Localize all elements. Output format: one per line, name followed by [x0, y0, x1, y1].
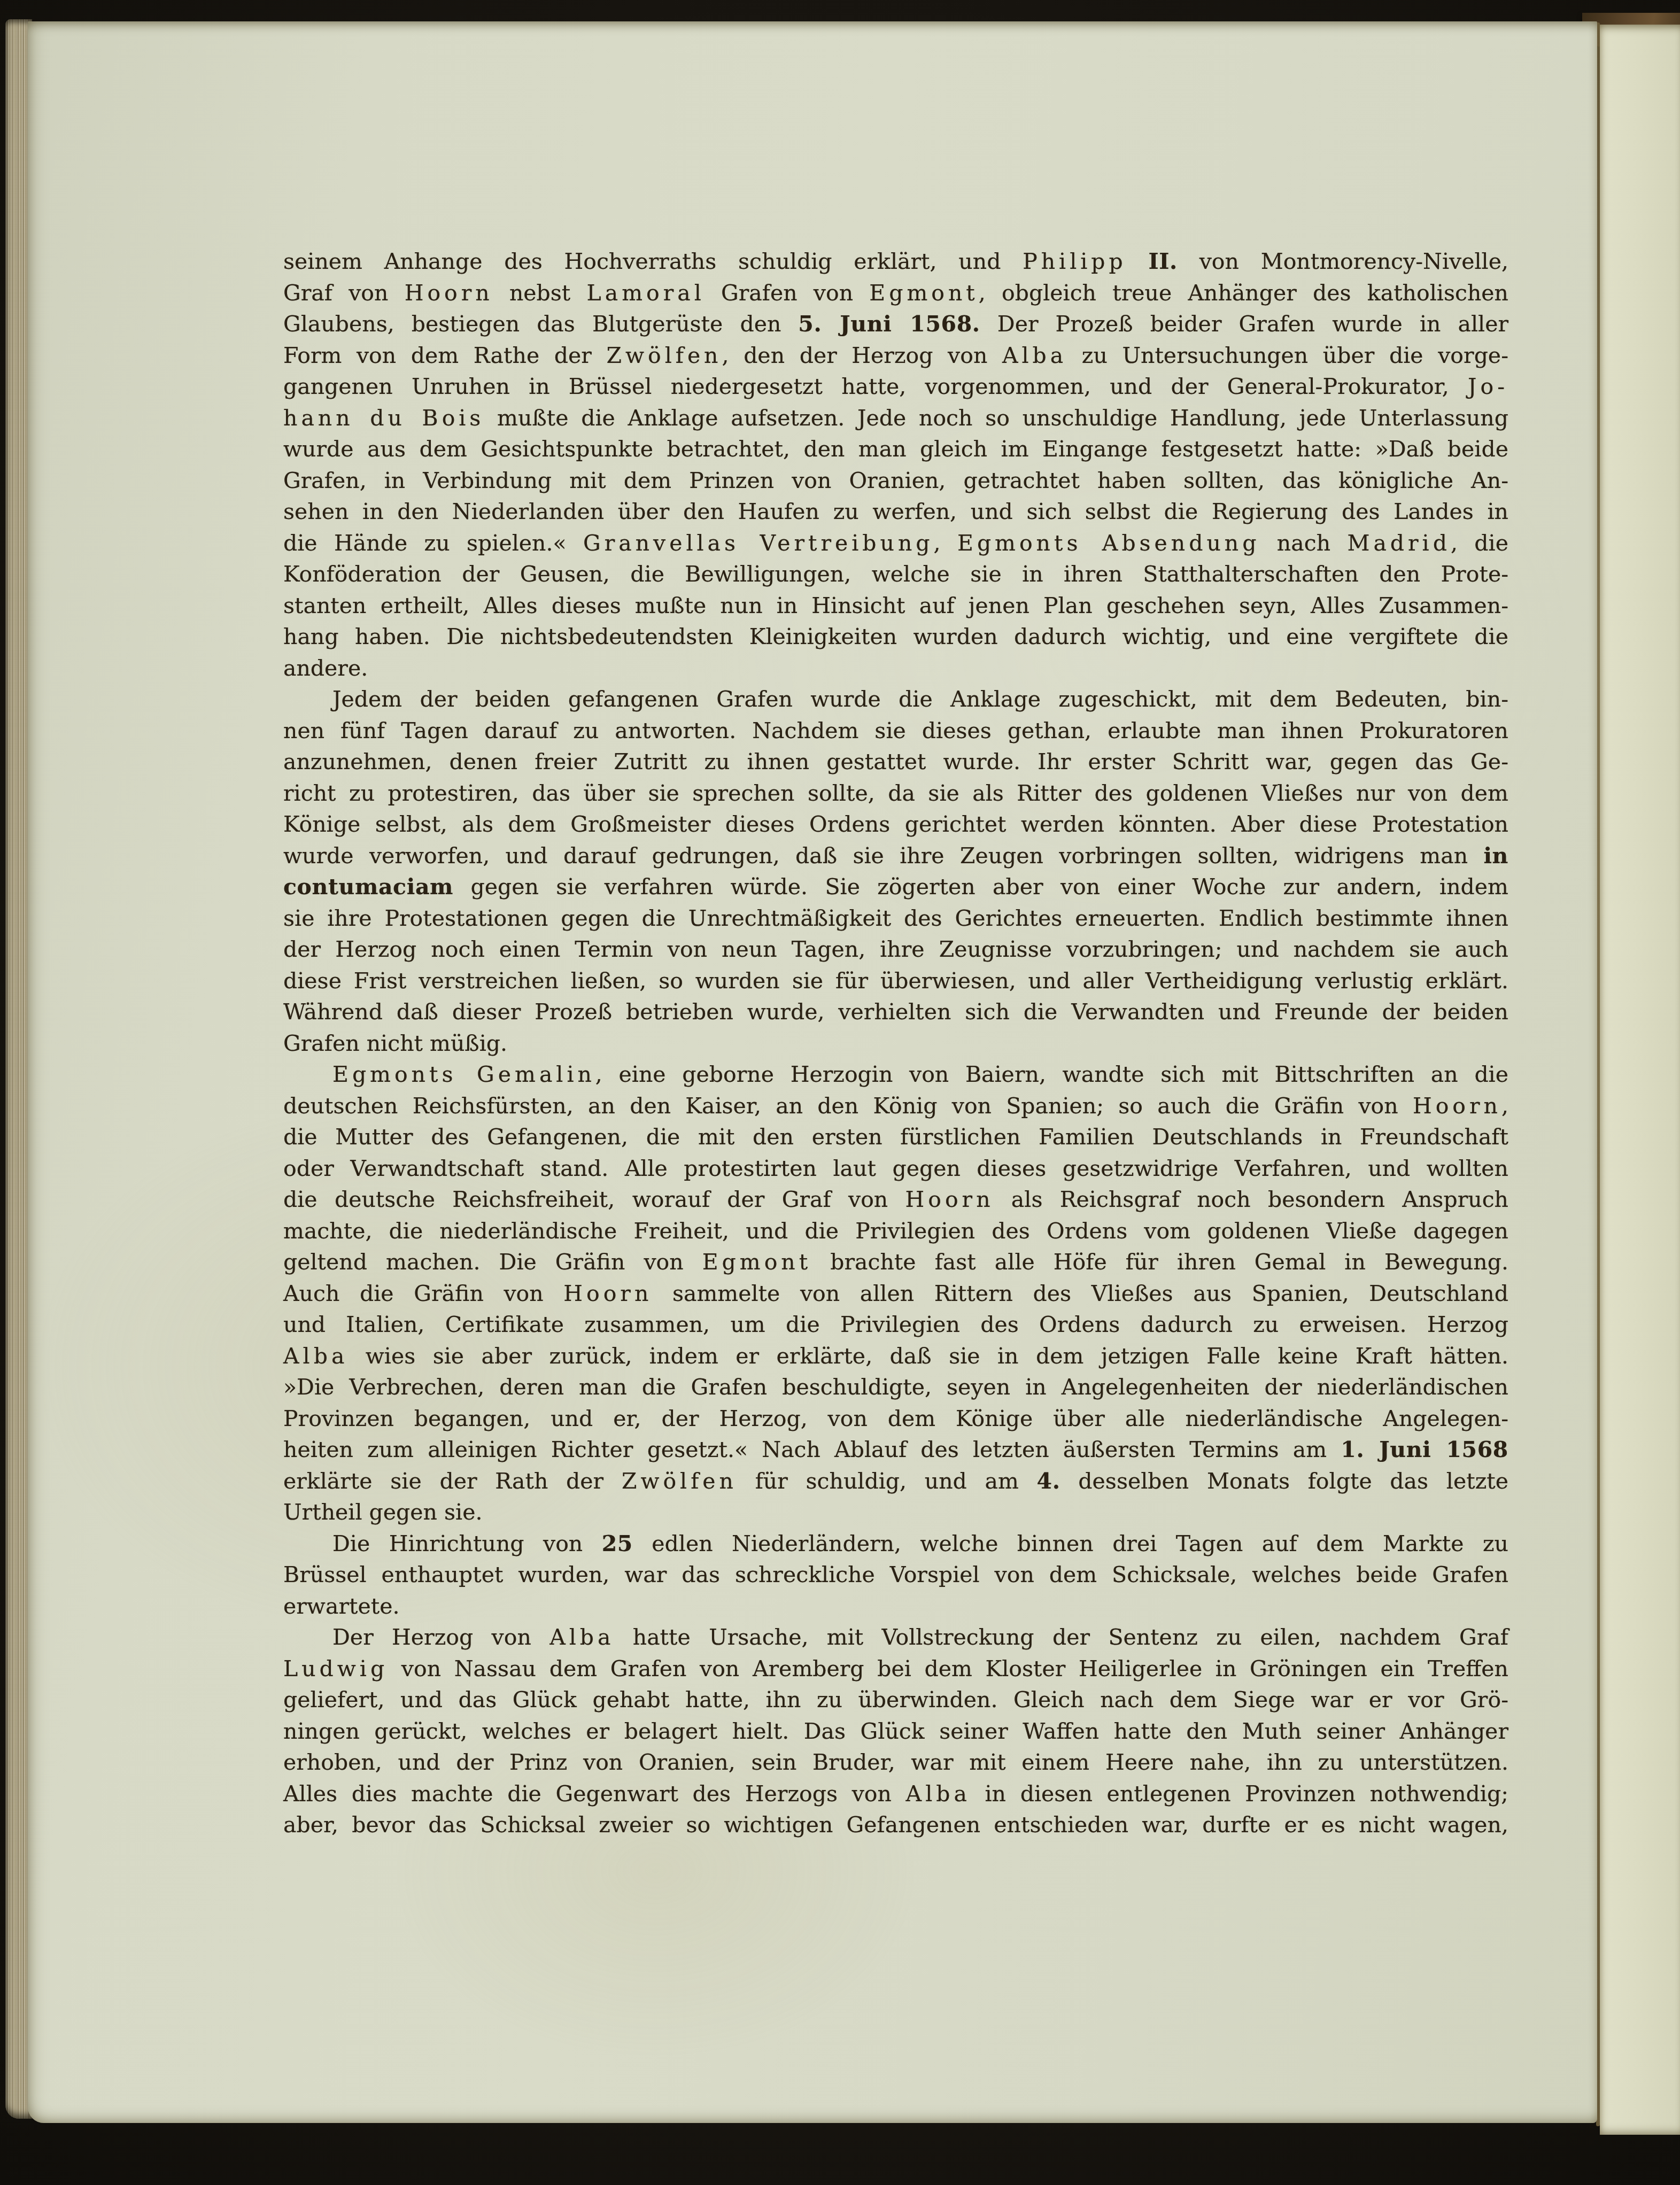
text-segment: richt zu protestiren, das über sie sprec…: [283, 780, 1508, 806]
text-line: seinem Anhange des Hochverraths schuldig…: [283, 246, 1508, 277]
text-line: contumaciam gegen sie verfahren würde. S…: [283, 871, 1508, 903]
text-segment: sie ihre Protestationen gegen die Unrech…: [283, 905, 1508, 931]
text-line: Glaubens, bestiegen das Blutgerüste den …: [283, 308, 1508, 340]
text-line: hang haben. Die nichtsbedeutendsten Klei…: [283, 621, 1508, 653]
text-segment: edlen Niederländern, welche binnen drei …: [633, 1531, 1508, 1556]
text-line: wurde aus dem Gesichtspunkte betrachtet,…: [283, 433, 1508, 465]
text-segment: sehen in den Niederlanden über den Haufe…: [283, 499, 1508, 524]
letterspaced-name-segment: Egmonts Absendung: [957, 530, 1260, 556]
text-segment: Grafen von: [705, 280, 870, 306]
text-line: Grafen nicht müßig.: [283, 1028, 1508, 1059]
text-line: Egmonts Gemalin, eine geborne Herzogin v…: [283, 1059, 1508, 1090]
text-line: Graf von Hoorn nebst Lamoral Grafen von …: [283, 277, 1508, 309]
letterspaced-name-segment: Zwölfen: [622, 1468, 737, 1494]
book-photo-background: seinem Anhange des Hochverraths schuldig…: [0, 0, 1680, 2185]
text-segment: Grafen nicht müßig.: [283, 1030, 507, 1056]
letterspaced-name-segment: Granvellas Vertreibung: [583, 530, 934, 556]
text-segment: mußte die Anklage aufsetzen. Jede noch s…: [484, 405, 1508, 431]
text-segment: Die Hinrichtung von: [332, 1531, 602, 1556]
text-line: Alba wies sie aber zurück, indem er erkl…: [283, 1341, 1508, 1372]
text-line: stanten ertheilt, Alles dieses mußte nun…: [283, 590, 1508, 622]
text-line: »Die Verbrechen, deren man die Grafen be…: [283, 1372, 1508, 1403]
text-segment: desselben Monats folgte das letzte: [1060, 1468, 1508, 1494]
text-line: andere.: [283, 653, 1508, 684]
text-segment: erklärte sie der Rath der: [283, 1468, 622, 1494]
letterspaced-name-segment: Hoorn: [405, 280, 493, 306]
text-line: Auch die Gräfin von Hoorn sammelte von a…: [283, 1278, 1508, 1310]
letterspaced-name-segment: Madrid: [1347, 530, 1450, 556]
text-line: anzunehmen, denen freier Zutritt zu ihne…: [283, 746, 1508, 778]
letterspaced-name-segment: Alba: [906, 1781, 971, 1807]
text-segment: nen fünf Tagen darauf zu antworten. Nach…: [283, 718, 1508, 743]
letterspaced-name-segment: Jo-: [1468, 374, 1508, 399]
text-segment: als Reichsgraf noch besondern Anspruch: [994, 1187, 1508, 1212]
letterspaced-name-segment: Hoorn: [905, 1187, 994, 1212]
letterspaced-name-segment: Ludwig: [283, 1656, 388, 1682]
adjacent-page-edge: [1600, 25, 1680, 2135]
text-line: erklärte sie der Rath der Zwölfen für sc…: [283, 1466, 1508, 1497]
text-segment: nebst: [493, 280, 587, 306]
text-line: gangenen Unruhen in Brüssel niedergesetz…: [283, 371, 1508, 402]
text-segment: Graf von: [283, 280, 405, 306]
text-line: wurde verworfen, und darauf gedrungen, d…: [283, 840, 1508, 872]
text-segment: die Hände zu spielen.«: [283, 530, 583, 556]
text-line: die Hände zu spielen.« Granvellas Vertre…: [283, 528, 1508, 559]
text-segment: stanten ertheilt, Alles dieses mußte nun…: [283, 593, 1508, 618]
text-line: richt zu protestiren, das über sie sprec…: [283, 778, 1508, 809]
text-line: sie ihre Protestationen gegen die Unrech…: [283, 903, 1508, 934]
text-segment: diese Frist verstreichen ließen, so wurd…: [283, 968, 1508, 994]
text-line: Form von dem Rathe der Zwölfen, den der …: [283, 340, 1508, 371]
text-segment: oder Verwandtschaft stand. Alle protesti…: [283, 1156, 1508, 1181]
text-line: Provinzen begangen, und er, der Herzog, …: [283, 1403, 1508, 1435]
text-block: seinem Anhange des Hochverraths schuldig…: [283, 246, 1508, 1841]
text-segment: erwartete.: [283, 1593, 400, 1619]
letterspaced-name-segment: Egmont: [702, 1249, 811, 1275]
text-line: deutschen Reichsfürsten, an den Kaiser, …: [283, 1090, 1508, 1122]
letterspaced-name-segment: Lamoral: [587, 280, 705, 306]
bold-antiqua-segment: 1. Juni 1568: [1341, 1437, 1508, 1462]
text-segment: für schuldig, und am: [737, 1468, 1037, 1494]
text-segment: Der Herzog von: [332, 1624, 549, 1650]
text-line: geltend machen. Die Gräfin von Egmont br…: [283, 1246, 1508, 1278]
text-segment: in diesen entlegenen Provinzen nothwendi…: [971, 1781, 1508, 1807]
text-segment: gegen sie verfahren würde. Sie zögerten …: [453, 874, 1508, 900]
text-segment: Während daß dieser Prozeß betrieben wurd…: [283, 999, 1508, 1025]
text-segment: Jedem der beiden gefangenen Grafen wurde…: [332, 686, 1508, 712]
text-segment: heiten zum alleinigen Richter gesetzt.« …: [283, 1437, 1341, 1462]
text-segment: hang haben. Die nichtsbedeutendsten Klei…: [283, 624, 1508, 649]
text-line: machte, die niederländische Freiheit, un…: [283, 1215, 1508, 1247]
text-segment: Grafen, in Verbindung mit dem Prinzen vo…: [283, 468, 1508, 493]
text-line: Der Herzog von Alba hatte Ursache, mit V…: [283, 1622, 1508, 1653]
bold-antiqua-segment: II.: [1149, 249, 1178, 274]
text-segment: , die: [1451, 530, 1508, 556]
book-page: seinem Anhange des Hochverraths schuldig…: [28, 21, 1597, 2123]
text-segment: machte, die niederländische Freiheit, un…: [283, 1218, 1508, 1244]
text-segment: wurde aus dem Gesichtspunkte betrachtet,…: [283, 436, 1508, 462]
text-segment: geliefert, und das Glück gehabt hatte, i…: [283, 1687, 1508, 1713]
letterspaced-name-segment: Alba: [1002, 343, 1067, 368]
text-line: Könige selbst, als dem Großmeister diese…: [283, 809, 1508, 840]
text-line: die deutsche Reichsfreiheit, worauf der …: [283, 1184, 1508, 1215]
text-segment: erhoben, und der Prinz von Oranien, sein…: [283, 1749, 1508, 1775]
text-segment: wurde verworfen, und darauf gedrungen, d…: [283, 843, 1483, 869]
text-segment: von Nassau dem Grafen von Aremberg bei d…: [388, 1656, 1508, 1682]
text-segment: Urtheil gegen sie.: [283, 1499, 482, 1525]
text-line: der Herzog noch einen Termin von neun Ta…: [283, 934, 1508, 965]
text-segment: anzunehmen, denen freier Zutritt zu ihne…: [283, 749, 1508, 774]
text-segment: nach: [1260, 530, 1347, 556]
text-segment: Auch die Gräfin von: [283, 1281, 563, 1306]
text-line: oder Verwandtschaft stand. Alle protesti…: [283, 1153, 1508, 1184]
letterspaced-name-segment: Alba: [549, 1624, 614, 1650]
text-segment: Konföderation der Geusen, die Bewilligun…: [283, 561, 1508, 587]
text-segment: Provinzen begangen, und er, der Herzog, …: [283, 1406, 1508, 1431]
text-segment: Brüssel enthauptet wurden, war das schre…: [283, 1562, 1508, 1587]
letterspaced-name-segment: Egmonts Gemalin: [332, 1061, 595, 1087]
text-segment: andere.: [283, 655, 368, 681]
text-line: Alles dies machte die Gegenwart des Herz…: [283, 1778, 1508, 1810]
text-line: heiten zum alleinigen Richter gesetzt.« …: [283, 1434, 1508, 1466]
text-line: Während daß dieser Prozeß betrieben wurd…: [283, 996, 1508, 1028]
bold-antiqua-segment: 5. Juni 1568.: [798, 311, 980, 337]
text-segment: zu Untersuchungen über die vorge-: [1067, 343, 1508, 368]
text-line: geliefert, und das Glück gehabt hatte, i…: [283, 1684, 1508, 1716]
letterspaced-name-segment: Egmont: [869, 280, 978, 306]
text-line: hann du Bois mußte die Anklage aufsetzen…: [283, 402, 1508, 434]
text-line: sehen in den Niederlanden über den Haufe…: [283, 496, 1508, 528]
letterspaced-name-segment: hann du Bois: [283, 405, 484, 431]
text-line: Konföderation der Geusen, die Bewilligun…: [283, 559, 1508, 590]
text-segment: seinem Anhange des Hochverraths schuldig…: [283, 249, 1023, 274]
text-segment: geltend machen. Die Gräfin von: [283, 1249, 702, 1275]
text-segment: [1127, 249, 1149, 274]
letterspaced-name-segment: Hoorn: [563, 1281, 652, 1306]
text-line: die Mutter des Gefangenen, die mit den e…: [283, 1121, 1508, 1153]
text-line: aber, bevor das Schicksal zweier so wich…: [283, 1809, 1508, 1841]
text-line: nen fünf Tagen darauf zu antworten. Nach…: [283, 715, 1508, 747]
text-segment: , eine geborne Herzogin von Baiern, wand…: [595, 1061, 1508, 1087]
text-line: diese Frist verstreichen ließen, so wurd…: [283, 965, 1508, 997]
text-segment: sammelte von allen Rittern des Vließes a…: [652, 1281, 1508, 1306]
text-line: und Italien, Certifikate zusammen, um di…: [283, 1309, 1508, 1341]
text-segment: , obgleich treue Anhänger des katholisch…: [979, 280, 1508, 306]
bold-antiqua-segment: contumaciam: [283, 874, 453, 900]
text-segment: die Mutter des Gefangenen, die mit den e…: [283, 1124, 1508, 1150]
letterspaced-name-segment: Philipp: [1023, 249, 1127, 274]
text-line: erhoben, und der Prinz von Oranien, sein…: [283, 1747, 1508, 1778]
letterspaced-name-segment: Hoorn: [1413, 1093, 1501, 1119]
bold-antiqua-segment: 25: [602, 1531, 633, 1556]
text-segment: von Montmorency-Nivelle,: [1178, 249, 1508, 274]
letterspaced-name-segment: Alba: [283, 1343, 348, 1369]
text-segment: Glaubens, bestiegen das Blutgerüste den: [283, 311, 798, 337]
text-segment: der Herzog noch einen Termin von neun Ta…: [283, 936, 1508, 962]
text-segment: »Die Verbrechen, deren man die Grafen be…: [283, 1374, 1508, 1400]
text-segment: die deutsche Reichsfreiheit, worauf der …: [283, 1187, 905, 1212]
text-segment: ,: [934, 530, 957, 556]
text-segment: deutschen Reichsfürsten, an den Kaiser, …: [283, 1093, 1413, 1119]
text-segment: Alles dies machte die Gegenwart des Herz…: [283, 1781, 906, 1807]
text-segment: wies sie aber zurück, indem er erklärte,…: [348, 1343, 1508, 1369]
text-segment: gangenen Unruhen in Brüssel niedergesetz…: [283, 374, 1468, 399]
text-line: Jedem der beiden gefangenen Grafen wurde…: [283, 684, 1508, 715]
text-line: Urtheil gegen sie.: [283, 1497, 1508, 1528]
text-line: Die Hinrichtung von 25 edlen Niederlände…: [283, 1528, 1508, 1560]
text-segment: hatte Ursache, mit Vollstreckung der Sen…: [614, 1624, 1508, 1650]
text-segment: , den der Herzog von: [722, 343, 1002, 368]
text-segment: aber, bevor das Schicksal zweier so wich…: [283, 1812, 1508, 1838]
text-segment: brachte fast alle Höfe für ihren Gemal i…: [811, 1249, 1508, 1275]
bold-antiqua-segment: in: [1483, 843, 1508, 869]
text-segment: ,: [1501, 1093, 1508, 1119]
text-line: Grafen, in Verbindung mit dem Prinzen vo…: [283, 465, 1508, 497]
text-line: erwartete.: [283, 1591, 1508, 1622]
text-line: Ludwig von Nassau dem Grafen von Arember…: [283, 1653, 1508, 1685]
letterspaced-name-segment: Zwölfen: [606, 343, 722, 368]
text-segment: und Italien, Certifikate zusammen, um di…: [283, 1312, 1508, 1337]
text-segment: Der Prozeß beider Grafen wurde in aller: [980, 311, 1508, 337]
text-segment: Form von dem Rathe der: [283, 343, 606, 368]
text-segment: ningen gerückt, welches er belagert hiel…: [283, 1718, 1508, 1744]
text-line: Brüssel enthauptet wurden, war das schre…: [283, 1559, 1508, 1591]
text-line: ningen gerückt, welches er belagert hiel…: [283, 1716, 1508, 1747]
text-segment: Könige selbst, als dem Großmeister diese…: [283, 811, 1508, 837]
bold-antiqua-segment: 4.: [1037, 1468, 1060, 1494]
